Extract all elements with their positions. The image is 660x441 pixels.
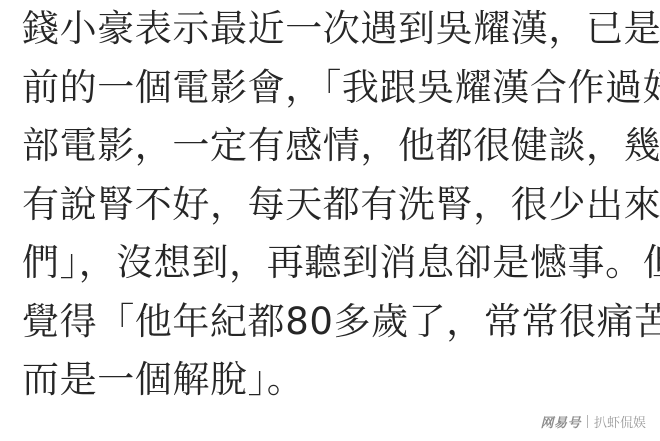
platform-logo: 网易号 <box>540 412 581 431</box>
article-line: 錢小豪表示最近一次遇到吳耀漢，已是多年 <box>22 6 652 65</box>
article-line: 而是一個解脫」。 <box>22 357 652 416</box>
article-line: 有說腎不好，每天都有洗腎，很少出來見我 <box>22 182 652 241</box>
author-name: 扒虾侃娱 <box>594 412 646 431</box>
article-line: 覺得「他年紀都80多歲了，常常很痛苦，反 <box>22 299 652 358</box>
watermark-divider <box>587 415 588 428</box>
article-line: 們」，沒想到，再聽到消息卻是憾事。但他 <box>22 240 652 299</box>
watermark: 网易号 扒虾侃娱 <box>540 412 646 431</box>
article-body: 錢小豪表示最近一次遇到吳耀漢，已是多年 前的一個電影會，「我跟吳耀漢合作過好幾 … <box>22 6 652 416</box>
article-line: 前的一個電影會，「我跟吳耀漢合作過好幾 <box>22 65 652 124</box>
article-line: 部電影，一定有感情，他都很健談，幾年前 <box>22 123 652 182</box>
